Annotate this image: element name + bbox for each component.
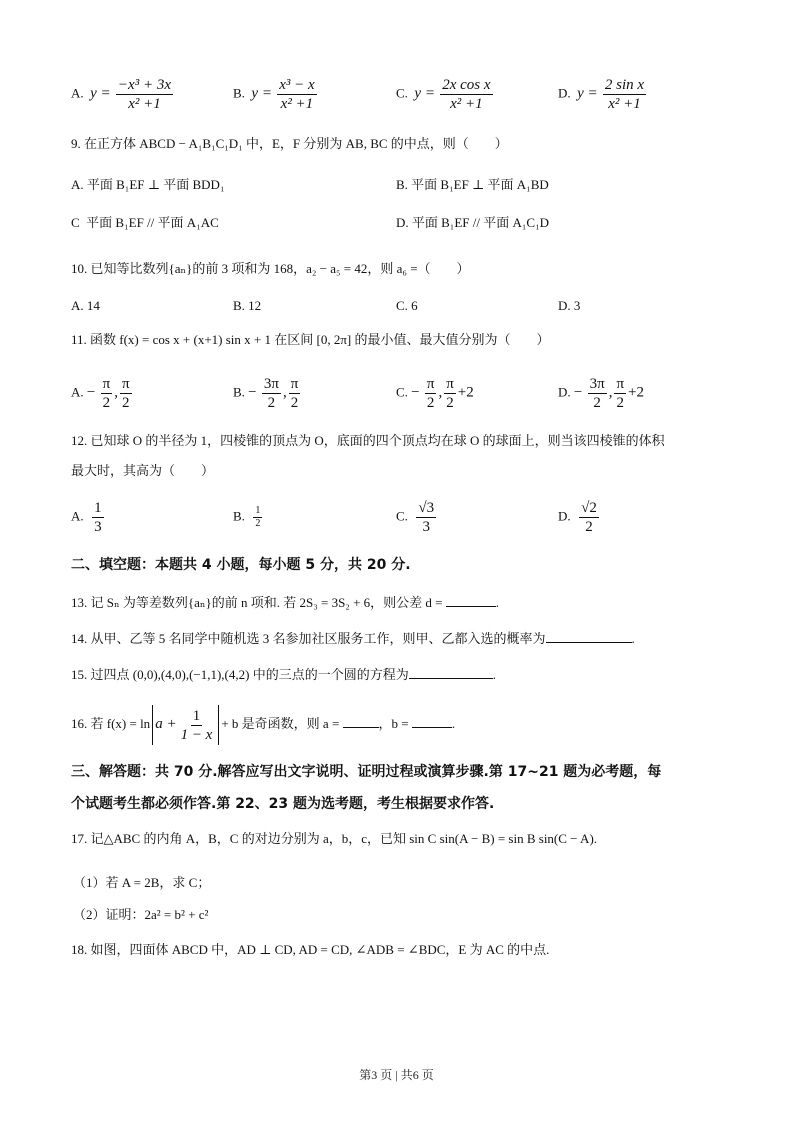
q11-option-c: C. − π2,π2+2 — [396, 375, 474, 412]
q11-option-a: A. − π2,π2 — [71, 375, 134, 412]
q11-stem: 11. 函数 f(x) = cos x + (x+1) sin x + 1 在区… — [71, 331, 549, 349]
q10-option-b: B. 12 — [233, 297, 261, 315]
q8-option-a: A. y = −x³ + 3xx² +1 — [71, 76, 175, 113]
q9-option-c: C 平面 B₁EF // 平面 A₁AC — [71, 214, 219, 232]
q13: 13. 记 Sₙ 为等差数列{aₙ}的前 n 项和. 若 2S₃ = 3S₂ +… — [71, 594, 499, 612]
q12-stem-line1: 12. 已知球 O 的半径为 1，四棱锥的顶点为 O，底面的四个顶点均在球 O … — [71, 432, 665, 450]
q10-option-d: D. 3 — [558, 297, 580, 315]
q17-part1: （1）若 A = 2B，求 C； — [73, 874, 210, 892]
q9-stem: 9. 在正方体 ABCD − A₁B₁C₁D₁ 中，E，F 分别为 AB, BC… — [71, 135, 508, 153]
q15: 15. 过四点 (0,0),(4,0),(−1,1),(4,2) 中的三点的一个… — [71, 666, 496, 684]
q13-answer-blank[interactable] — [446, 594, 496, 607]
q9-option-b: B. 平面 B₁EF ⊥ 平面 A₁BD — [396, 176, 549, 194]
q14-answer-blank[interactable] — [546, 630, 632, 643]
q18-stem: 18. 如图，四面体 ABCD 中，AD ⊥ CD, AD = CD, ∠ADB… — [71, 941, 549, 959]
q8-option-b: B. y = x³ − xx² +1 — [233, 76, 319, 113]
q17-part2: （2）证明：2a² = b² + c² — [73, 906, 208, 924]
q12-option-d: D. √22 — [558, 499, 601, 536]
q11-option-d: D. − 3π2,π2+2 — [558, 375, 644, 412]
q10-option-c: C. 6 — [396, 297, 418, 315]
q14: 14. 从甲、乙等 5 名同学中随机选 3 名参加社区服务工作，则甲、乙都入选的… — [71, 630, 635, 648]
section-heading-fill-in: 二、填空题：本题共 4 小题，每小题 5 分，共 20 分. — [71, 551, 411, 579]
q12-stem-line2: 最大时，其高为（ ） — [71, 462, 214, 480]
q17-stem: 17. 记△ABC 的内角 A，B，C 的对边分别为 a，b，c，已知 sin … — [71, 830, 597, 848]
q16-answer-blank-a[interactable] — [343, 715, 379, 728]
section-heading-solutions-line1: 三、解答题：共 70 分.解答应写出文字说明、证明过程或演算步骤.第 17~21… — [71, 758, 661, 786]
q12-option-a: A. 13 — [71, 499, 106, 536]
q9-option-a: A. 平面 B₁EF ⊥ 平面 BDD₁ — [71, 176, 224, 194]
q8-option-d: D. y = 2 sin xx² +1 — [558, 76, 648, 113]
q15-answer-blank[interactable] — [409, 666, 493, 679]
q10-option-a: A. 14 — [71, 297, 100, 315]
q12-option-b: B. 12 — [233, 505, 264, 530]
q16-answer-blank-b[interactable] — [412, 715, 452, 728]
q12-option-c: C. √33 — [396, 499, 438, 536]
q10-stem: 10. 已知等比数列{aₙ}的前 3 项和为 168，a₂ − a₅ = 42，… — [71, 260, 470, 278]
section-heading-solutions-line2: 个试题考生都必须作答.第 22、23 题为选考题，考生根据要求作答. — [71, 790, 494, 818]
q8-option-c: C. y = 2x cos xx² +1 — [396, 76, 495, 113]
q16: 16. 若 f(x) = lna +11 − x+ b 是奇函数，则 a = ，… — [71, 704, 455, 748]
q11-option-b: B. − 3π2,π2 — [233, 375, 302, 412]
page-footer: 第3 页 | 共6 页 — [0, 1066, 793, 1083]
q9-option-d: D. 平面 B₁EF // 平面 A₁C₁D — [396, 214, 549, 232]
